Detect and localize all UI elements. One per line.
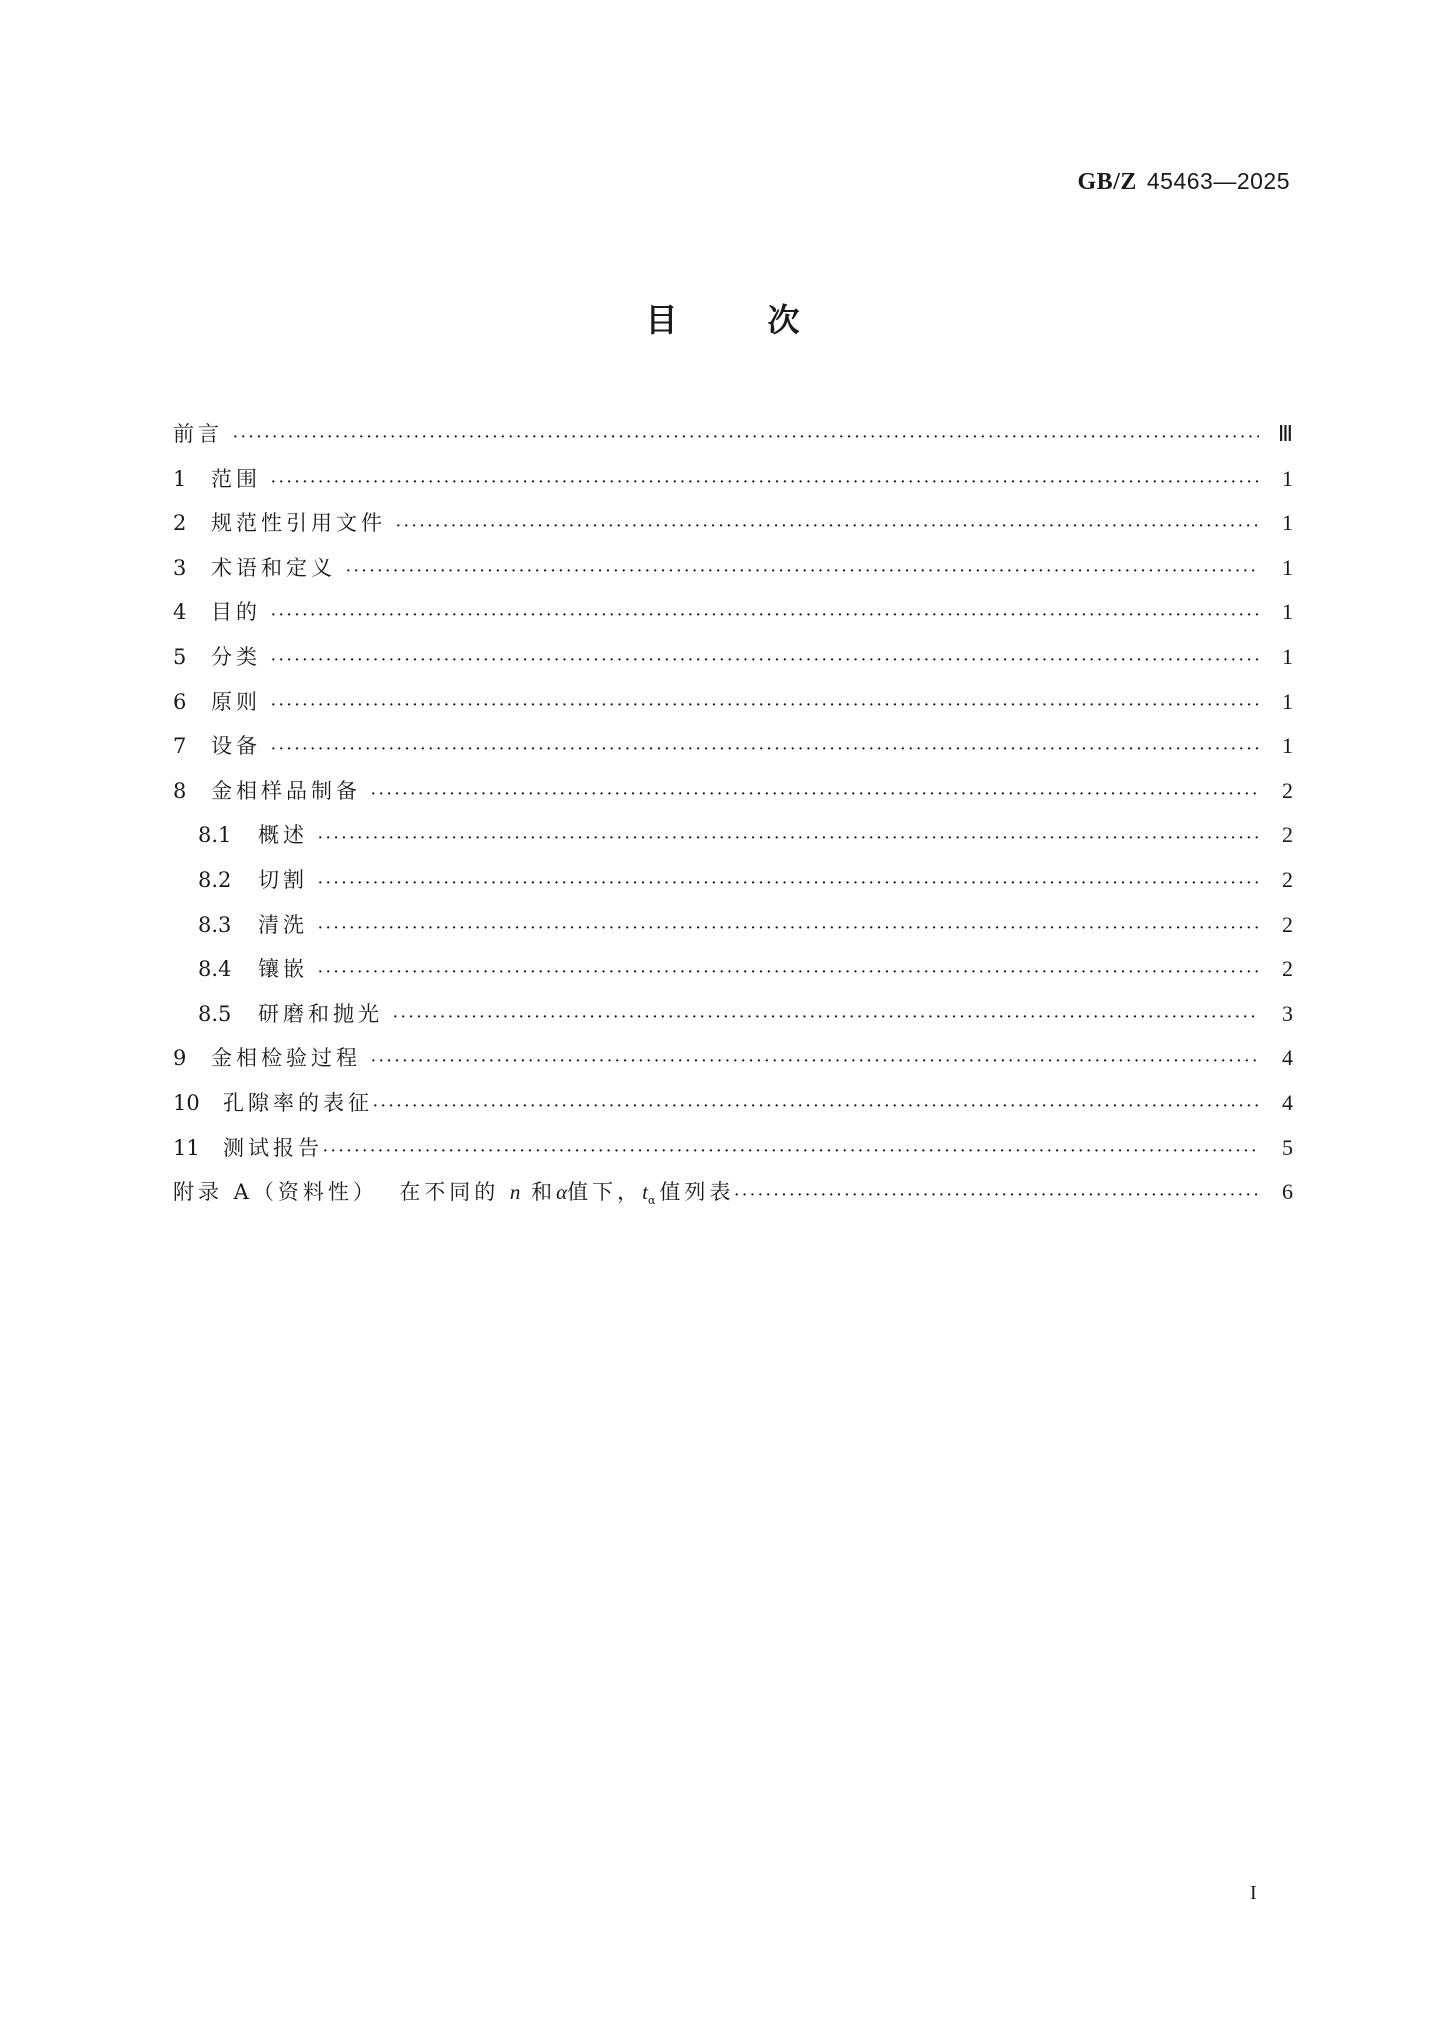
toc-entry-number: 4	[173, 590, 211, 635]
toc-entry-label: 清洗	[258, 903, 308, 948]
toc-entry-page: 4	[1271, 1081, 1293, 1126]
toc-entry-number: 6	[173, 680, 211, 725]
toc-entry-number: 9	[173, 1036, 211, 1081]
toc-entry-2[interactable]: 2 规范性引用文件 1	[173, 501, 1293, 546]
dot-leader	[371, 1040, 1259, 1085]
toc-entry-label: 孔隙率的表征	[223, 1081, 373, 1126]
toc-entry-label: 金相样品制备	[211, 769, 361, 814]
toc-entry-8-5[interactable]: 8.5 研磨和抛光 3	[173, 992, 1293, 1037]
toc-entry-number: 8.5	[198, 992, 258, 1037]
toc-entry-4[interactable]: 4 目的 1	[173, 590, 1293, 635]
toc-entry-7[interactable]: 7 设备 1	[173, 724, 1293, 769]
toc-entry-6[interactable]: 6 原则 1	[173, 680, 1293, 725]
toc-entry-number: 8.1	[198, 813, 258, 858]
dot-leader	[233, 416, 1259, 461]
toc-entry-number: 11	[173, 1126, 223, 1171]
toc-entry-label: 概述	[258, 813, 308, 858]
dot-leader	[271, 639, 1259, 684]
toc-entry-label: 设备	[211, 724, 261, 769]
var-alpha: α	[556, 1180, 567, 1204]
dot-leader	[323, 1130, 1259, 1175]
toc-entry-10[interactable]: 10 孔隙率的表征 4	[173, 1081, 1293, 1126]
title-char-2: 次	[768, 295, 800, 341]
toc-entry-number: 1	[173, 457, 211, 502]
page-title: 目次	[0, 295, 1445, 341]
toc-entry-label: 研磨和抛光	[258, 992, 383, 1037]
toc-entry-page: 2	[1271, 858, 1293, 903]
toc-entry-8-2[interactable]: 8.2 切割 2	[173, 858, 1293, 903]
toc-entry-appendix-a[interactable]: 附录 A（资料性） 在不同的 n 和α值下，tα值列表 6	[173, 1170, 1293, 1215]
dot-leader	[271, 684, 1259, 729]
toc-entry-11[interactable]: 11 测试报告 5	[173, 1126, 1293, 1171]
dot-leader	[318, 862, 1259, 907]
toc-entry-number: 5	[173, 635, 211, 680]
standard-prefix: GB/Z	[1078, 169, 1137, 195]
toc-entry-page: 2	[1271, 813, 1293, 858]
dot-leader	[271, 728, 1259, 773]
toc-entry-number: 8.3	[198, 903, 258, 948]
toc-entry-page: 1	[1271, 457, 1293, 502]
table-of-contents: 前言 Ⅲ 1 范围 1 2 规范性引用文件 1 3 术语和定义 1 4 目的 1…	[173, 412, 1293, 1215]
standard-code: GB/Z45463—2025	[1078, 168, 1290, 196]
toc-entry-3[interactable]: 3 术语和定义 1	[173, 546, 1293, 591]
dot-leader	[373, 1085, 1259, 1130]
toc-entry-page: 5	[1271, 1126, 1293, 1171]
toc-entry-number: 8	[173, 769, 211, 814]
dot-leader	[393, 996, 1259, 1041]
toc-entry-page: Ⅲ	[1271, 412, 1293, 457]
toc-entry-page: 1	[1271, 546, 1293, 591]
toc-entry-9[interactable]: 9 金相检验过程 4	[173, 1036, 1293, 1081]
toc-entry-page: 3	[1271, 992, 1293, 1037]
toc-entry-number: 7	[173, 724, 211, 769]
dot-leader	[271, 461, 1259, 506]
toc-entry-label: 目的	[211, 590, 261, 635]
toc-entry-page: 1	[1271, 635, 1293, 680]
toc-entry-8-3[interactable]: 8.3 清洗 2	[173, 903, 1293, 948]
toc-entry-8[interactable]: 8 金相样品制备 2	[173, 769, 1293, 814]
toc-entry-label: 分类	[211, 635, 261, 680]
toc-entry-1[interactable]: 1 范围 1	[173, 457, 1293, 502]
toc-entry-label: 术语和定义	[211, 546, 336, 591]
toc-entry-8-4[interactable]: 8.4 镶嵌 2	[173, 947, 1293, 992]
toc-entry-label: 切割	[258, 858, 308, 903]
title-char-1: 目	[645, 295, 677, 341]
standard-number: 45463—2025	[1147, 168, 1290, 194]
toc-entry-page: 6	[1271, 1170, 1293, 1215]
toc-entry-page: 1	[1271, 724, 1293, 769]
page-number: I	[1250, 1882, 1257, 1905]
toc-entry-label: 测试报告	[223, 1126, 323, 1171]
toc-entry-page: 2	[1271, 947, 1293, 992]
dot-leader	[318, 907, 1259, 952]
var-t-subscript: α	[648, 1194, 659, 1207]
dot-leader	[318, 951, 1259, 996]
toc-entry-page: 4	[1271, 1036, 1293, 1081]
var-n: n	[510, 1180, 521, 1204]
toc-entry-label: 原则	[211, 680, 261, 725]
toc-entry-number: 8.2	[198, 858, 258, 903]
toc-entry-label: 附录 A（资料性） 在不同的 n 和α值下，tα值列表	[173, 1170, 734, 1224]
appendix-prefix: 附录 A（资料性）	[173, 1180, 378, 1204]
toc-entry-page: 1	[1271, 501, 1293, 546]
dot-leader	[396, 505, 1259, 550]
toc-entry-page: 1	[1271, 590, 1293, 635]
toc-entry-foreword[interactable]: 前言 Ⅲ	[173, 412, 1293, 457]
toc-entry-label: 金相检验过程	[211, 1036, 361, 1081]
dot-leader	[318, 817, 1259, 862]
toc-entry-number: 2	[173, 501, 211, 546]
dot-leader	[371, 773, 1259, 818]
toc-entry-label: 范围	[211, 457, 261, 502]
toc-entry-label: 前言	[173, 412, 223, 457]
toc-entry-number: 10	[173, 1081, 223, 1126]
toc-entry-page: 1	[1271, 680, 1293, 725]
toc-entry-label: 镶嵌	[258, 947, 308, 992]
toc-entry-page: 2	[1271, 903, 1293, 948]
toc-entry-label: 规范性引用文件	[211, 501, 386, 546]
toc-entry-page: 2	[1271, 769, 1293, 814]
toc-entry-8-1[interactable]: 8.1 概述 2	[173, 813, 1293, 858]
toc-entry-5[interactable]: 5 分类 1	[173, 635, 1293, 680]
toc-entry-number: 3	[173, 546, 211, 591]
dot-leader	[346, 550, 1259, 595]
dot-leader	[734, 1174, 1259, 1219]
dot-leader	[271, 594, 1259, 639]
toc-entry-number: 8.4	[198, 947, 258, 992]
